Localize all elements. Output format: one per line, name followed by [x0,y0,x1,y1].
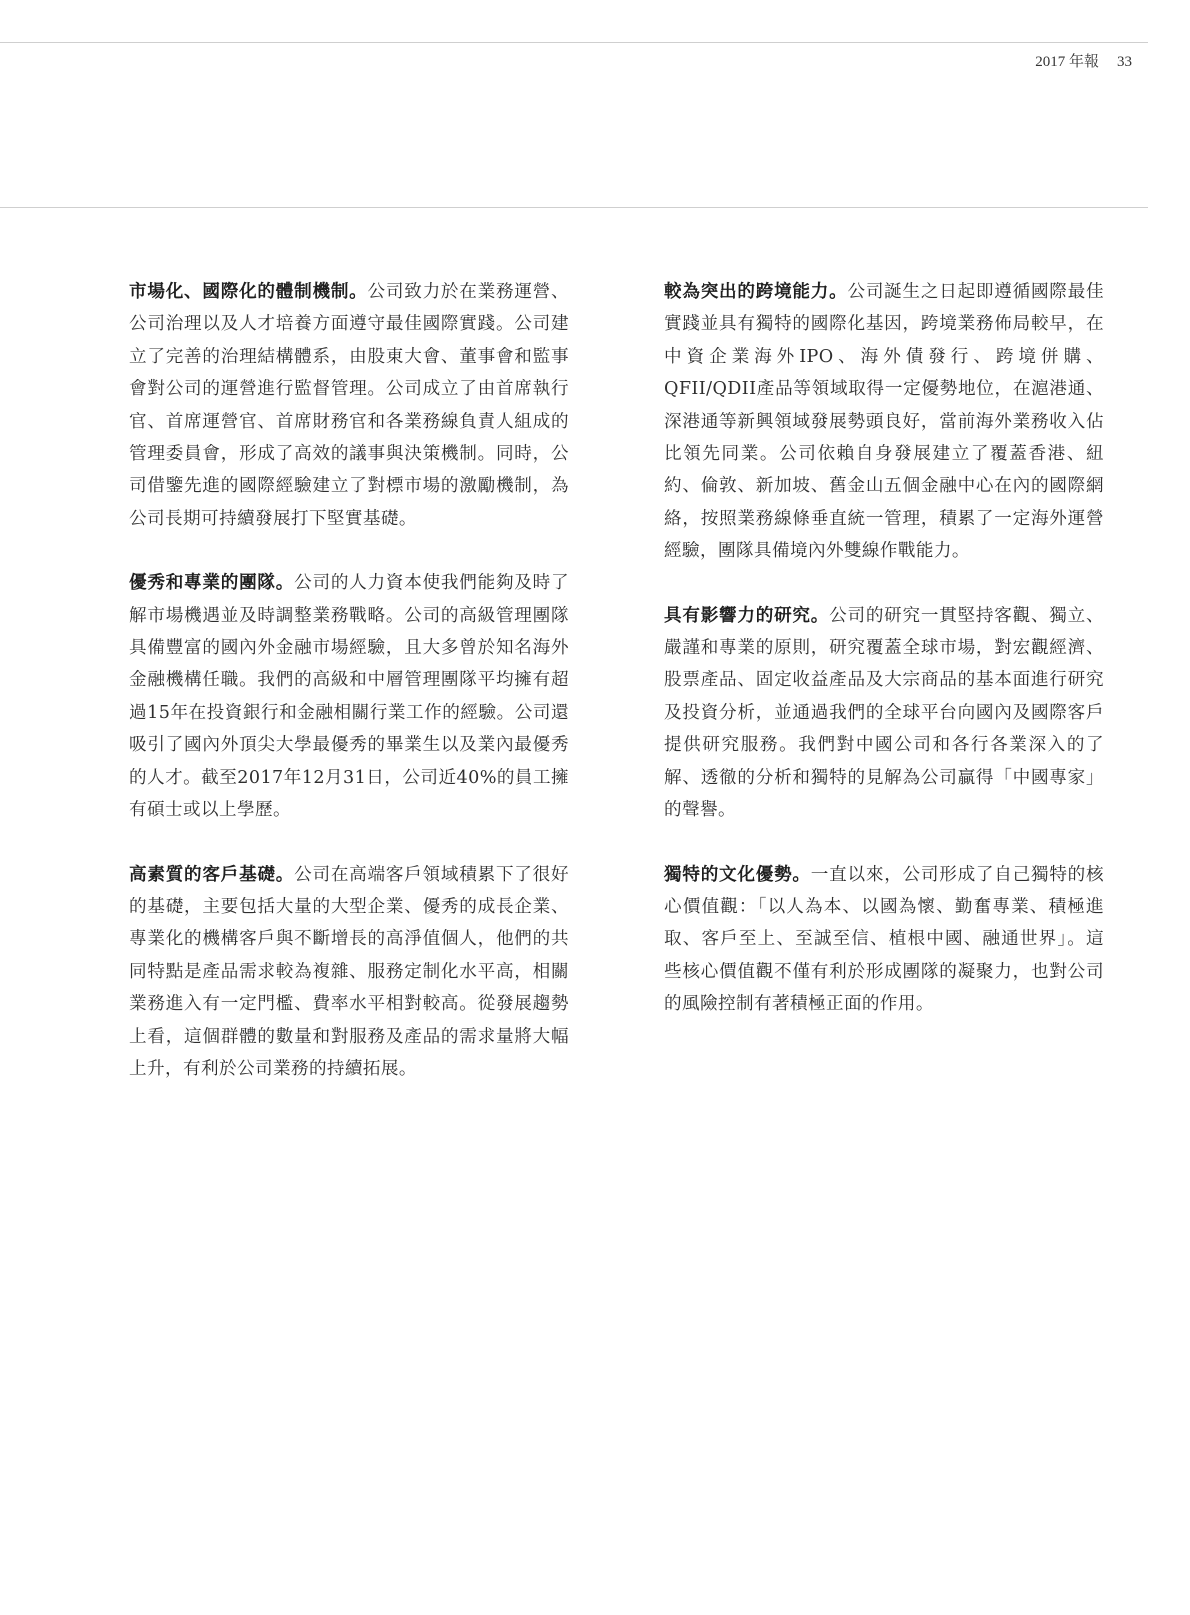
left-column: 市場化、國際化的體制機制。公司致力於在業務運營、公司治理以及人才培養方面遵守最佳… [129,276,569,1117]
paragraph-body: 公司誕生之日起即遵循國際最佳實踐並具有獨特的國際化基因，跨境業務佈局較早，在中資… [664,282,1104,561]
paragraph-body: 一直以來，公司形成了自己獨特的核心價值觀：「以人為本、以國為懷、勤奮專業、積極進… [664,865,1104,1015]
paragraph-body: 公司在高端客戶領域積累下了很好的基礎，主要包括大量的大型企業、優秀的成長企業、專… [129,865,569,1079]
right-column: 較為突出的跨境能力。公司誕生之日起即遵循國際最佳實踐並具有獨特的國際化基因，跨境… [664,276,1104,1053]
paragraph-culture: 獨特的文化優勢。一直以來，公司形成了自己獨特的核心價值觀：「以人為本、以國為懷、… [664,859,1104,1021]
paragraph-heading: 優秀和專業的團隊。 [129,572,294,593]
paragraph-heading: 具有影響力的研究。 [664,605,829,626]
paragraph-market-mechanism: 市場化、國際化的體制機制。公司致力於在業務運營、公司治理以及人才培養方面遵守最佳… [129,276,569,535]
page-number: 33 [1117,54,1132,70]
paragraph-heading: 較為突出的跨境能力。 [664,281,847,302]
paragraph-research: 具有影響力的研究。公司的研究一貫堅持客觀、獨立、嚴謹和專業的原則，研究覆蓋全球市… [664,600,1104,827]
section-divider [0,207,1148,208]
paragraph-heading: 高素質的客戶基礎。 [129,864,294,885]
page-header: 2017 年報33 [1035,50,1132,71]
paragraph-team: 優秀和專業的團隊。公司的人力資本使我們能夠及時了解市場機遇並及時調整業務戰略。公… [129,567,569,826]
header-divider [0,42,1148,43]
paragraph-cross-border: 較為突出的跨境能力。公司誕生之日起即遵循國際最佳實踐並具有獨特的國際化基因，跨境… [664,276,1104,568]
paragraph-heading: 獨特的文化優勢。 [664,864,811,885]
paragraph-client-base: 高素質的客戶基礎。公司在高端客戶領域積累下了很好的基礎，主要包括大量的大型企業、… [129,859,569,1086]
paragraph-heading: 市場化、國際化的體制機制。 [129,281,368,302]
paragraph-body: 公司的研究一貫堅持客觀、獨立、嚴謹和專業的原則，研究覆蓋全球市場，對宏觀經濟、股… [664,606,1104,820]
paragraph-body: 公司的人力資本使我們能夠及時了解市場機遇並及時調整業務戰略。公司的高級管理團隊具… [129,573,569,820]
paragraph-body: 公司致力於在業務運營、公司治理以及人才培養方面遵守最佳國際實踐。公司建立了完善的… [129,282,569,529]
report-title: 2017 年報 [1035,54,1099,70]
